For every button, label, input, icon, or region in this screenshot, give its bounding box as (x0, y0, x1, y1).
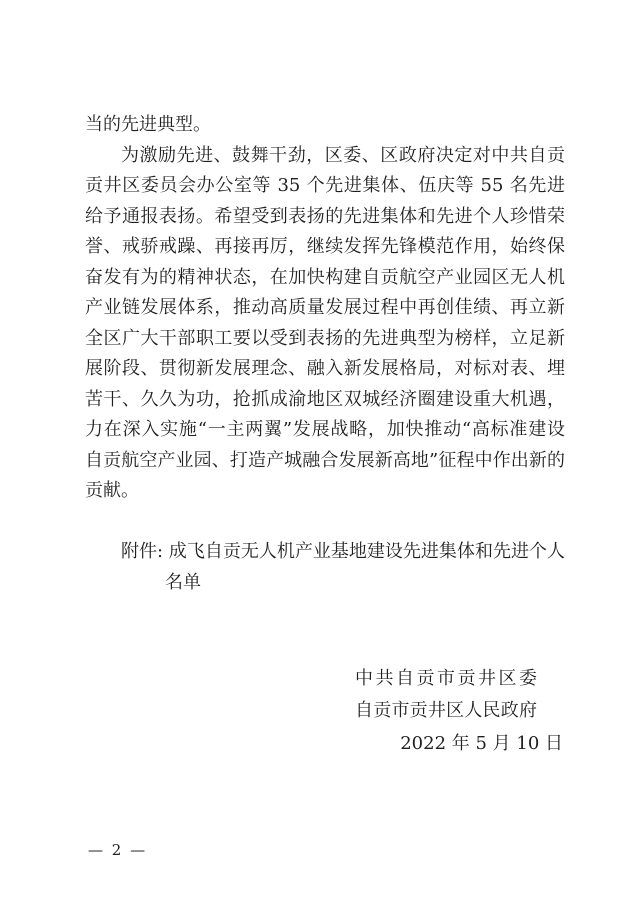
blank-line (85, 507, 565, 538)
body-line: 为激励先进、鼓舞干劲，区委、区政府决定对中共自贡市 (85, 141, 565, 172)
attachment-line-wrap: 名单 (85, 568, 565, 599)
attachment-line: 附件: 成飞自贡无人机产业基地建设先进集体和先进个人 (85, 537, 565, 568)
body-line: 给予通报表扬。希望受到表扬的先进集体和先进个人珍惜荣 (85, 202, 565, 233)
signature-date: 2022 年 5 月 10 日 (85, 727, 563, 760)
body-line: 贡井区委员会办公室等 35 个先进集体、伍庆等 55 名先进个人 (85, 171, 565, 202)
page-number: — 2 — (88, 841, 147, 859)
signature-org-government: 自贡市贡井区人民政府 (355, 695, 537, 727)
body-line: 自贡航空产业园、打造产城融合发展新高地”征程中作出新的 (85, 446, 565, 477)
body-line-last: 贡献。 (85, 476, 565, 507)
body-line: 誉、戒骄戒躁、再接再厉，继续发挥先锋模范作用，始终保持 (85, 232, 565, 263)
body-line: 全区广大干部职工要以受到表扬的先进典型为榜样，立足新发 (85, 324, 565, 355)
document-page: 当的先进典型。 为激励先进、鼓舞干劲，区委、区政府决定对中共自贡市 贡井区委员会… (0, 0, 640, 905)
body-line: 奋发有为的精神状态，在加快构建自贡航空产业园区无人机全 (85, 263, 565, 294)
body-line-continuation: 当的先进典型。 (85, 110, 565, 141)
body-line: 展阶段、贯彻新发展理念、融入新发展格局，对标对表、埋头 (85, 354, 565, 385)
body-line: 力在深入实施“一主两翼”发展战略，加快推动“高标准建设 (85, 415, 565, 446)
signature-block: 中共自贡市贡井区委 自贡市贡井区人民政府 2022 年 5 月 10 日 (85, 663, 565, 760)
document-body: 当的先进典型。 为激励先进、鼓舞干劲，区委、区政府决定对中共自贡市 贡井区委员会… (85, 110, 565, 760)
signature-org-party-committee: 中共自贡市贡井区委 (355, 663, 537, 695)
body-line: 产业链发展体系，推动高质量发展过程中再创佳绩、再立新功。 (85, 293, 565, 324)
body-line: 苦干、久久为功，抢抓成渝地区双城经济圈建设重大机遇，努 (85, 385, 565, 416)
